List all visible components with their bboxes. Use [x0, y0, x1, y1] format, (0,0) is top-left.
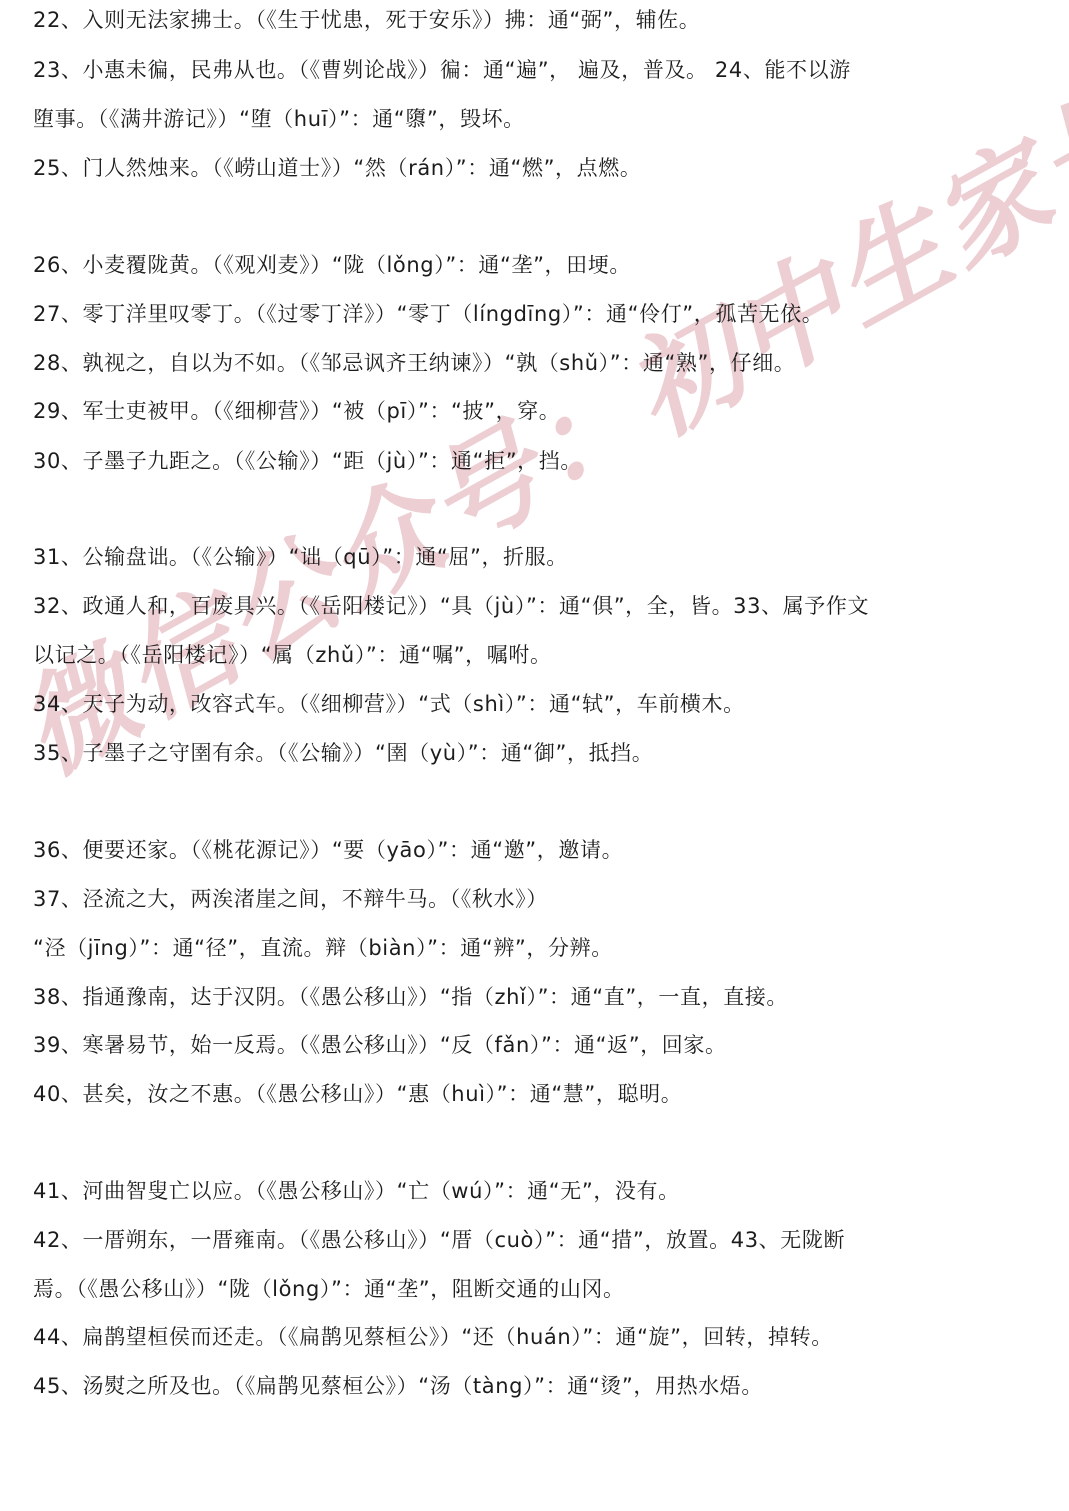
entry-26: 26、小麦覆陇黄。（《观刈麦》）“陇（lǒng）”：通“垄”，田埂。	[33, 241, 631, 289]
entry-22: 22、入则无法家拂士。（《生于忧患，死于安乐》）拂：通“弼”，辅佐。	[33, 0, 700, 44]
entry-28: 28、孰视之，自以为不如。（《邹忌讽齐王纳谏》）“孰（shǔ）”：通“熟”，仔细…	[33, 339, 795, 387]
entry-25: 25、门人然烛来。（《崂山道士》）“然（rán）”：通“燃”，点燃。	[33, 144, 641, 192]
entry-24-cont: 堕事。（《满井游记》）“堕（huī）”：通“隳”，毁坏。	[33, 95, 525, 143]
entry-31: 31、公输盘诎。（《公输》）“诎（qū）”：通“屈”，折服。	[33, 533, 568, 581]
document-page: 微信公众号：初中生家长 22、入则无法家拂士。（《生于忧患，死于安乐》）拂：通“…	[0, 0, 1069, 1511]
entry-42-43: 42、一厝朔东，一厝雍南。（《愚公移山》）“厝（cuò）”：通“措”，放置。43…	[33, 1216, 845, 1264]
entry-39: 39、寒暑易节，始一反焉。（《愚公移山》）“反（fǎn）”：通“返”，回家。	[33, 1021, 727, 1069]
entry-41: 41、河曲智叟亡以应。（《愚公移山》）“亡（wú）”：通“无”，没有。	[33, 1167, 680, 1215]
entry-44: 44、扁鹊望桓侯而还走。（《扁鹊见蔡桓公》）“还（huán）”：通“旋”，回转，…	[33, 1313, 833, 1361]
entry-36: 36、便要还家。（《桃花源记》）“要（yāo）”：通“邀”，邀请。	[33, 826, 623, 874]
entry-38: 38、指通豫南，达于汉阴。（《愚公移山》）“指（zhǐ）”：通“直”，一直，直接…	[33, 973, 788, 1021]
entry-34: 34、天子为动，改容式车。（《细柳营》）“式（shì）”：通“轼”，车前横木。	[33, 680, 745, 728]
entry-40: 40、甚矣，汝之不惠。（《愚公移山》）“惠（huì）”：通“慧”，聪明。	[33, 1070, 682, 1118]
entry-27: 27、零丁洋里叹零丁。（《过零丁洋》）“零丁（língdīng）”：通“伶仃”，…	[33, 290, 823, 338]
entry-35: 35、子墨子之守圉有余。（《公输》）“圉（yù）”：通“御”，抵挡。	[33, 729, 653, 777]
entry-23-24: 23、小惠未徧，民弗从也。（《曹刿论战》）徧：通“遍”， 遍及，普及。 24、能…	[33, 46, 851, 94]
entry-45: 45、汤熨之所及也。（《扁鹊见蔡桓公》）“汤（tàng）”：通“烫”，用热水焐。	[33, 1362, 763, 1410]
entry-29: 29、军士吏被甲。（《细柳营》）“被（pī）”：“披”，穿。	[33, 387, 560, 435]
entry-37-cont: “泾（jīng）”：通“径”，直流。辩（biàn）”：通“辨”，分辨。	[33, 924, 613, 972]
entry-43-cont: 焉。（《愚公移山》）“陇（lǒng）”：通“垄”，阻断交通的山冈。	[33, 1265, 625, 1313]
entry-33-cont: 以记之。（《岳阳楼记》）“属（zhǔ）”：通“嘱”，嘱咐。	[33, 631, 552, 679]
entry-37: 37、泾流之大，两涘渚崖之间，不辩牛马。（《秋水》）	[33, 875, 548, 923]
entry-30: 30、子墨子九距之。（《公输》）“距（jù）”：通“拒”，挡。	[33, 437, 582, 485]
entry-32-33: 32、政通人和，百废具兴。（《岳阳楼记》）“具（jù）”：通“俱”，全，皆。33…	[33, 582, 869, 630]
